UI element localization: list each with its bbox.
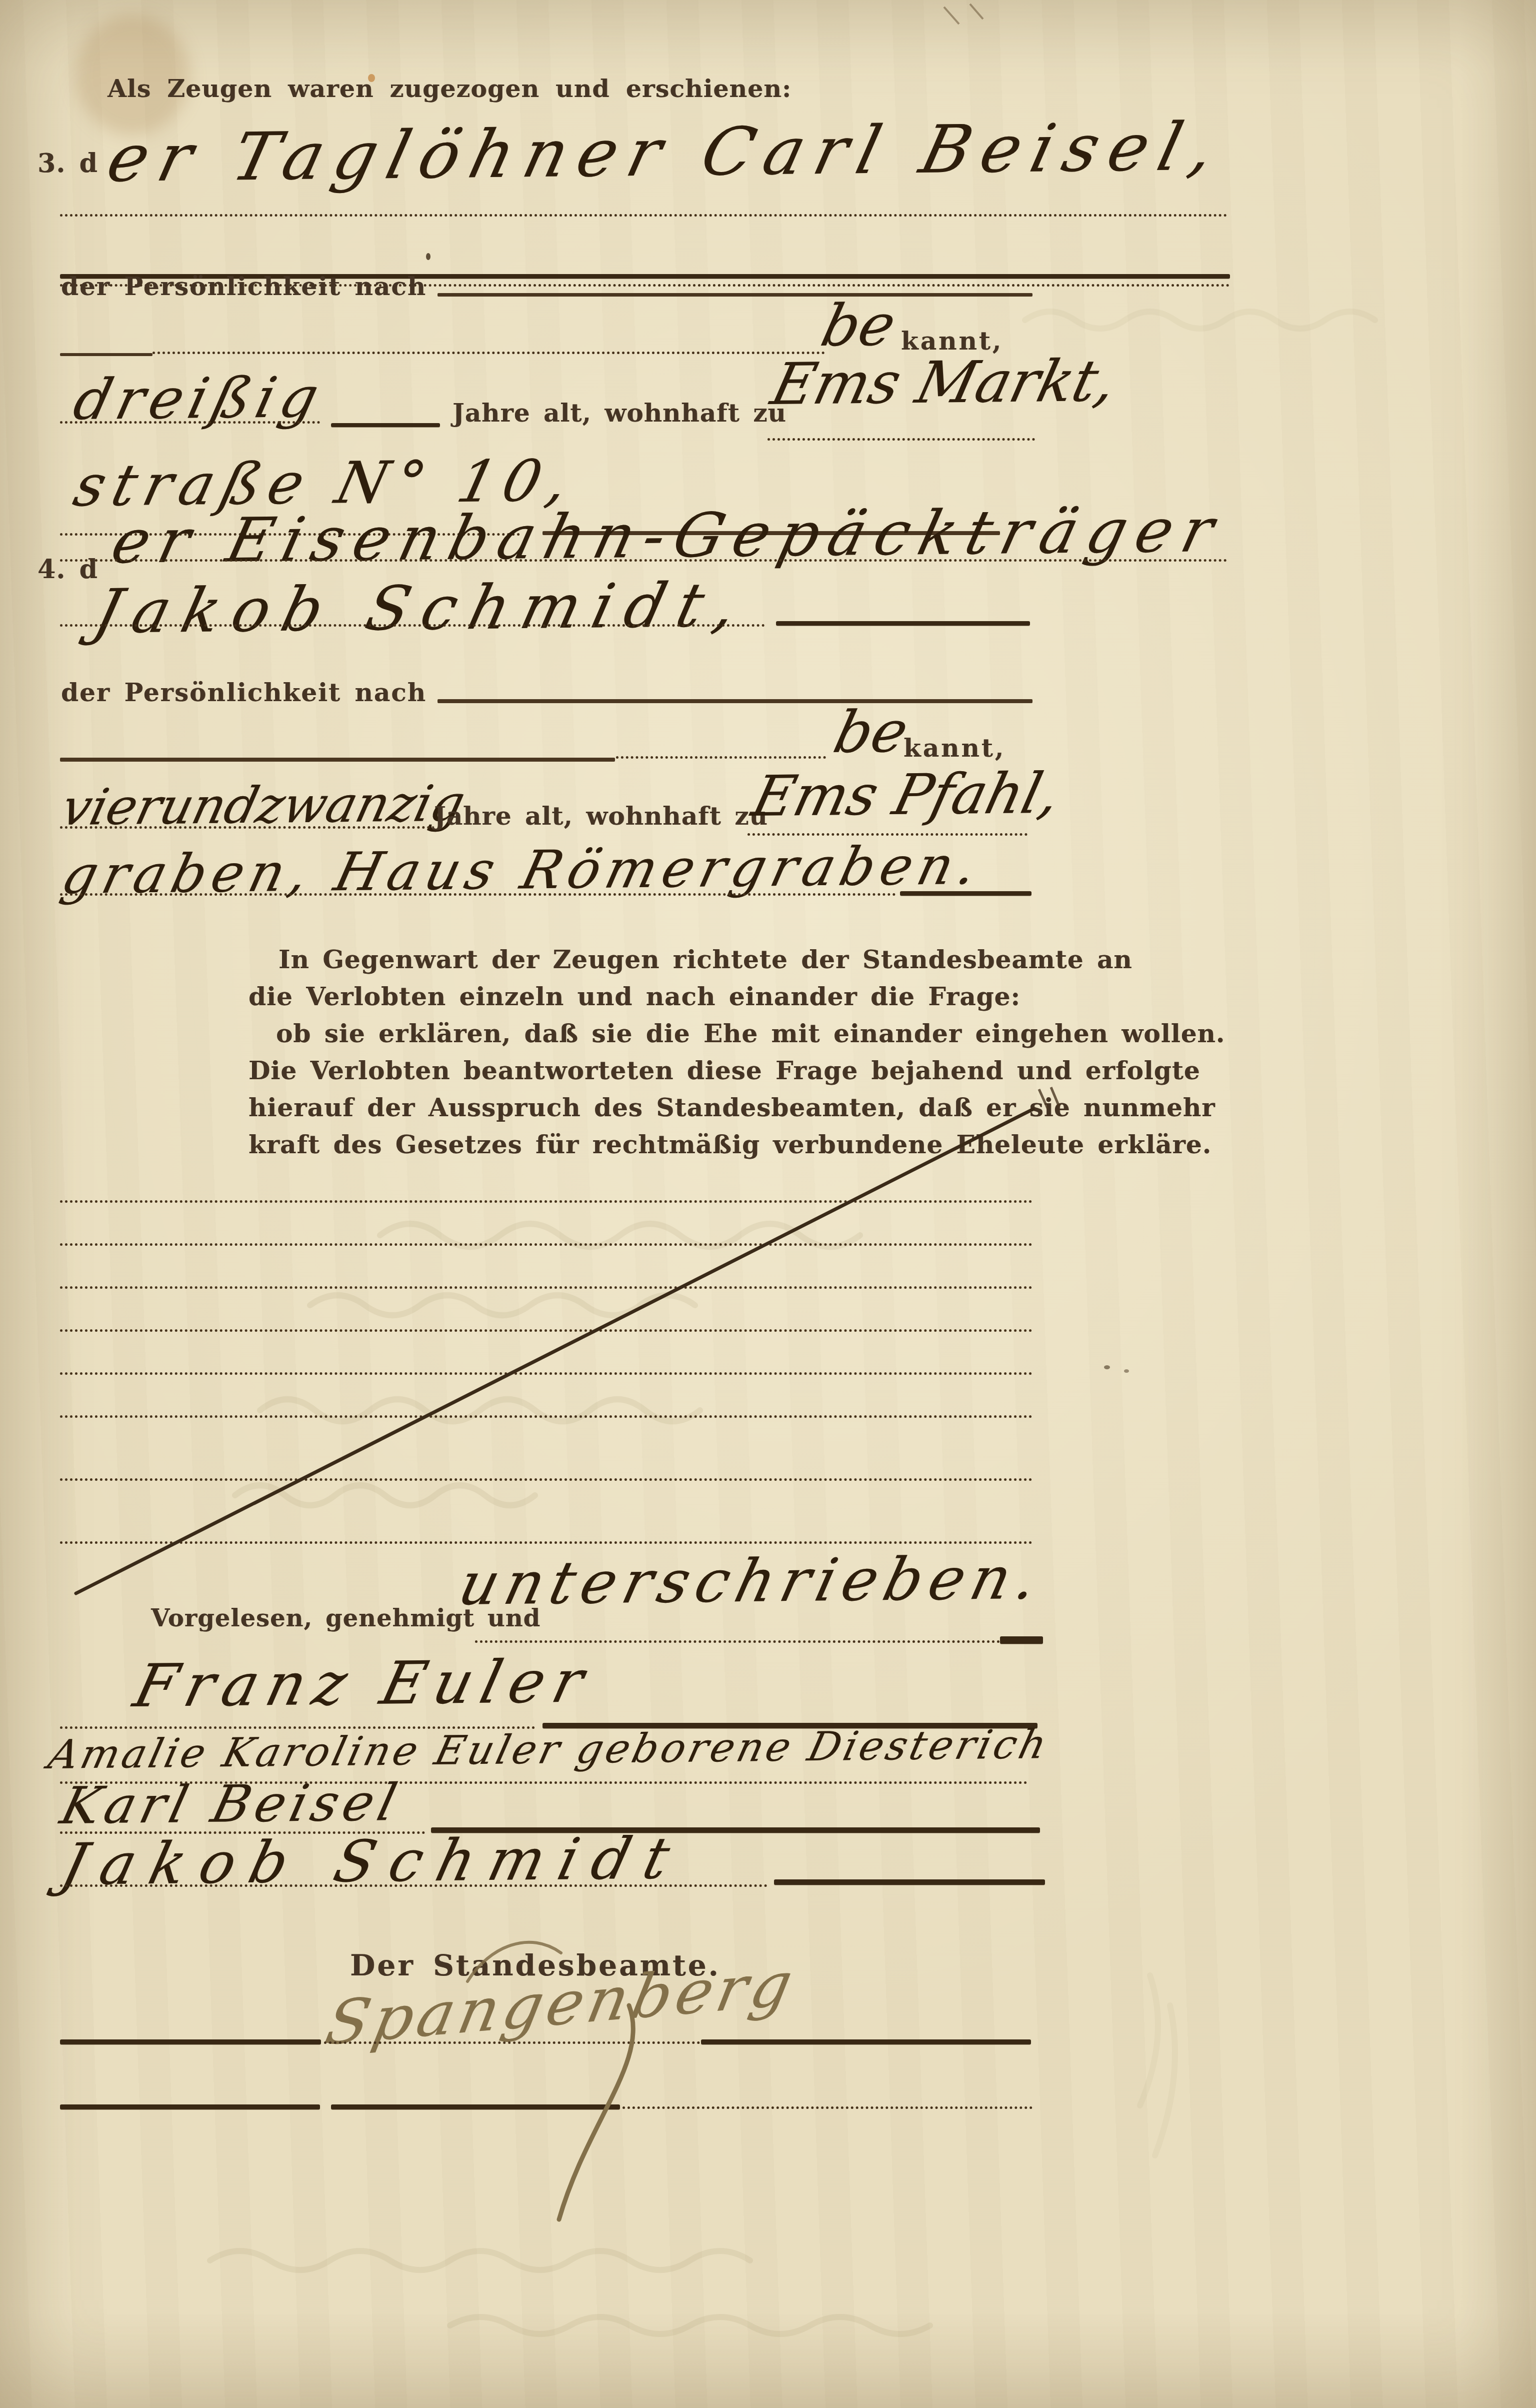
dotted-rule <box>60 1243 1032 1246</box>
solid-rule <box>331 423 440 427</box>
witness4-age-suffix: Jahre alt, wohnhaft zu <box>434 801 768 831</box>
solid-rule <box>331 2104 620 2109</box>
dotted-rule <box>60 1478 1032 1481</box>
dotted-rule <box>60 214 1227 217</box>
dotted-rule <box>324 2041 700 2044</box>
cancellation-stroke <box>76 1109 1033 1593</box>
witness4-entry-handwriting: er Eisenbahn-Gepäckträger <box>105 495 1230 577</box>
declaration-paragraph: In Gegenwart der Zeugen richtete der Sta… <box>248 941 1058 1163</box>
registry-document-page: Als Zeugen waren zugezogen und erschiene… <box>0 0 1536 2408</box>
solid-rule <box>900 891 1031 896</box>
dotted-rule <box>60 1884 767 1887</box>
solid-rule <box>60 353 152 356</box>
signature-karl-beisel: Karl Beisel <box>55 1773 407 1836</box>
signature-jakob-schmidt: Jakob Schmidt <box>55 1825 691 1898</box>
witness4-known-suffix: kannt, <box>903 733 1005 763</box>
dotted-rule <box>152 352 825 354</box>
dotted-rule <box>60 1286 1032 1289</box>
dotted-rule <box>60 893 896 896</box>
ink-speck <box>426 253 430 260</box>
closing-handwriting: unterschrieben. <box>452 1543 1051 1618</box>
heading: Als Zeugen waren zugezogen und erschiene… <box>107 74 791 103</box>
signature-amalie-euler: Amalie Karoline Euler geborene Diesteric… <box>44 1721 1054 1778</box>
witness3-entry-handwriting: er Taglöhner Carl Beisel, <box>100 109 1233 197</box>
dotted-rule <box>616 756 826 759</box>
signature-franz-euler: Franz Euler <box>127 1646 599 1720</box>
witness4-known-handwriting: be <box>827 699 914 766</box>
solid-rule <box>60 758 615 762</box>
declaration-line: Die Verlobten beantworteten diese Frage … <box>248 1052 1058 1089</box>
solid-rule <box>60 2039 321 2044</box>
witness4-residence1-handwriting: Ems Pfahl, <box>746 761 1066 829</box>
declaration-line: In Gegenwart der Zeugen richtete der Sta… <box>248 941 1058 978</box>
declaration-line: kraft des Gesetzes für rechtmäßig verbun… <box>248 1126 1058 1163</box>
witness4-identity-label: der Persönlichkeit nach <box>61 678 426 707</box>
witness3-residence1-handwriting: Ems Markt, <box>765 348 1123 418</box>
solid-rule <box>774 1879 1045 1885</box>
declaration-line: hierauf der Ausspruch des Standesbeamten… <box>248 1089 1058 1126</box>
dotted-rule <box>475 1640 1000 1643</box>
bleed-through-layer <box>0 0 1536 2408</box>
dotted-rule <box>60 1372 1032 1375</box>
solid-rule <box>1000 1636 1043 1644</box>
witness3-identity-label: der Persönlichkeit nach <box>61 272 426 301</box>
witness4-name-handwriting: Jakob Schmidt, <box>87 569 756 647</box>
dotted-rule <box>622 2106 1032 2109</box>
witness3-number: 3. d <box>37 148 98 179</box>
dotted-rule <box>60 1541 1032 1544</box>
dotted-rule <box>60 1415 1032 1418</box>
witness3-known-handwriting: be <box>815 292 902 360</box>
solid-rule <box>60 2104 320 2109</box>
dotted-rule <box>60 559 1227 562</box>
solid-rule <box>437 293 1032 297</box>
ink-speck <box>1124 1369 1129 1373</box>
declaration-line: ob sie erklären, daß sie die Ehe mit ein… <box>248 1015 1058 1052</box>
ink-speck <box>1104 1365 1110 1369</box>
dotted-rule <box>60 1329 1032 1332</box>
witness3-age-suffix: Jahre alt, wohnhaft zu <box>452 398 786 428</box>
dotted-rule <box>60 624 765 627</box>
solid-rule <box>776 621 1030 626</box>
solid-rule <box>701 2039 1031 2044</box>
pen-mark <box>944 4 983 24</box>
solid-rule <box>437 699 1032 703</box>
dotted-rule <box>60 421 320 424</box>
dotted-rule <box>60 826 430 829</box>
dotted-rule <box>60 1200 1032 1203</box>
declaration-line: die Verlobten einzeln und nach einander … <box>248 978 1058 1015</box>
dotted-rule <box>767 438 1035 441</box>
